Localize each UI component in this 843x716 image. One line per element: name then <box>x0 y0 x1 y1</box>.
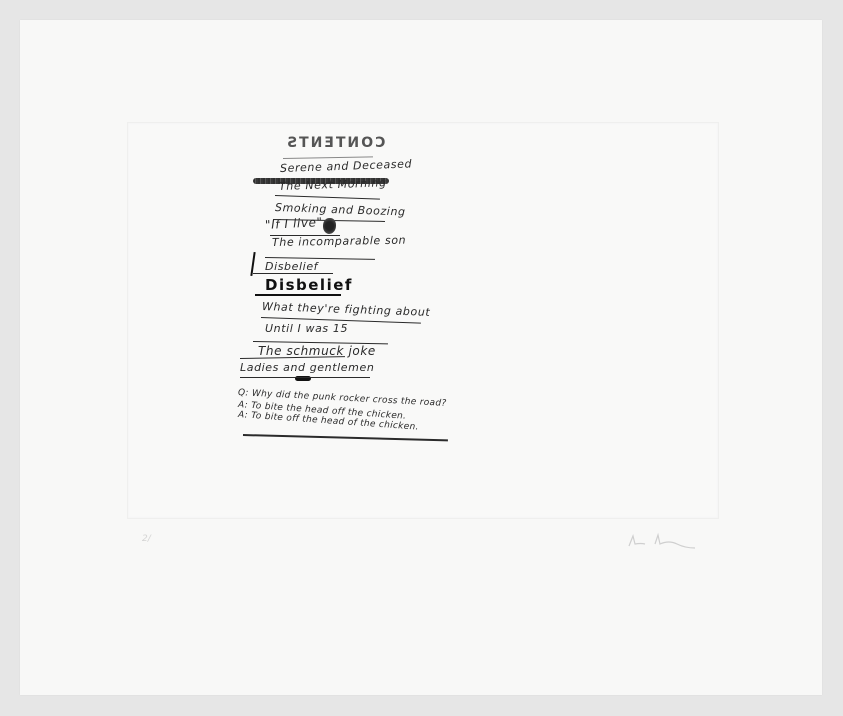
contents-line-5: The incomparable son <box>272 234 406 249</box>
contents-line-8: What they're fighting about <box>262 300 431 319</box>
contents-line-11: Ladies and gentlemen <box>240 361 374 374</box>
edition-number: 2/ <box>142 534 151 544</box>
rule-7 <box>255 294 341 296</box>
ink-blot <box>323 218 336 234</box>
contents-line-4: "If I live" <box>265 215 323 232</box>
artist-signature <box>627 532 697 550</box>
rule-11 <box>240 377 370 378</box>
bottom-rule <box>243 434 448 441</box>
rule-2 <box>275 195 380 200</box>
handwritten-contents-page: CONTENTS Serene and Deceased The Next Mo… <box>235 132 500 452</box>
contents-line-7: Disbelief <box>265 276 353 294</box>
contents-title: CONTENTS <box>285 135 385 151</box>
rule-6 <box>253 273 333 274</box>
contents-line-1: Serene and Deceased <box>280 157 413 175</box>
contents-line-9: Until I was 15 <box>265 322 348 335</box>
print-paper: CONTENTS Serene and Deceased The Next Mo… <box>20 20 822 695</box>
contents-line-2: The Next Morning <box>279 176 387 193</box>
contents-line-6: Disbelief <box>265 260 318 273</box>
